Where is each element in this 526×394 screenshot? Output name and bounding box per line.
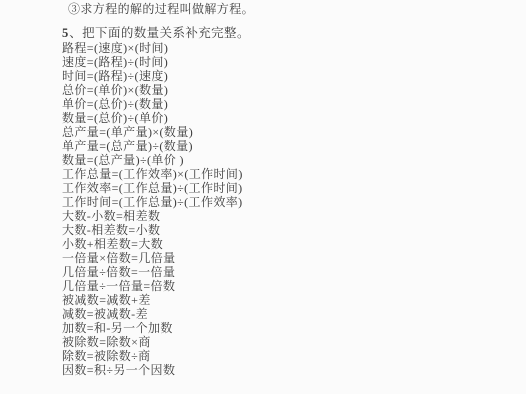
- formula-line: 工作效率=(工作总量)÷(工作时间): [62, 181, 482, 195]
- section-title: 、把下面的数量关系补充完整。: [69, 26, 250, 40]
- formula-line: 工作时间=(工作总量)÷(工作效率): [62, 195, 482, 209]
- formula-line: 总产量=(单产量)×(数量): [62, 125, 482, 139]
- section-heading: 5、把下面的数量关系补充完整。: [62, 26, 482, 40]
- formula-line: 几倍量÷倍数=一倍量: [62, 265, 482, 279]
- formula-line: 一倍量×倍数=几倍量: [62, 251, 482, 265]
- formula-line: 总价=(单价)×(数量): [62, 83, 482, 97]
- formula-line: 路程=(速度)×(时间): [62, 41, 482, 55]
- formula-line: 时间=(路程)÷(速度): [62, 69, 482, 83]
- formula-line: 数量=(总价)÷(单价): [62, 111, 482, 125]
- formula-line: 几倍量÷一倍量=倍数: [62, 279, 482, 293]
- intro-line: ③求方程的解的过程叫做解方程。: [68, 2, 482, 16]
- formula-line: 因数=积÷另一个因数: [62, 363, 482, 377]
- worksheet-page: ③求方程的解的过程叫做解方程。 5、把下面的数量关系补充完整。 路程=(速度)×…: [62, 2, 482, 377]
- formula-line: 单价=(总价)÷(数量): [62, 97, 482, 111]
- formula-line: 被减数=减数+差: [62, 293, 482, 307]
- formula-line: 速度=(路程)÷(时间): [62, 55, 482, 69]
- formula-line: 数量=(总产量)÷(单价 ): [62, 153, 482, 167]
- formula-list: 路程=(速度)×(时间)速度=(路程)÷(时间)时间=(路程)÷(速度)总价=(…: [62, 41, 482, 377]
- formula-line: 工作总量=(工作效率)×(工作时间): [62, 167, 482, 181]
- formula-line: 大数-相差数=小数: [62, 223, 482, 237]
- formula-line: 小数+相差数=大数: [62, 237, 482, 251]
- formula-line: 大数-小数=相差数: [62, 209, 482, 223]
- formula-line: 除数=被除数÷商: [62, 349, 482, 363]
- formula-line: 单产量=(总产量)÷(数量): [62, 139, 482, 153]
- formula-line: 减数=被减数-差: [62, 307, 482, 321]
- formula-line: 加数=和-另一个加数: [62, 321, 482, 335]
- formula-line: 被除数=除数×商: [62, 335, 482, 349]
